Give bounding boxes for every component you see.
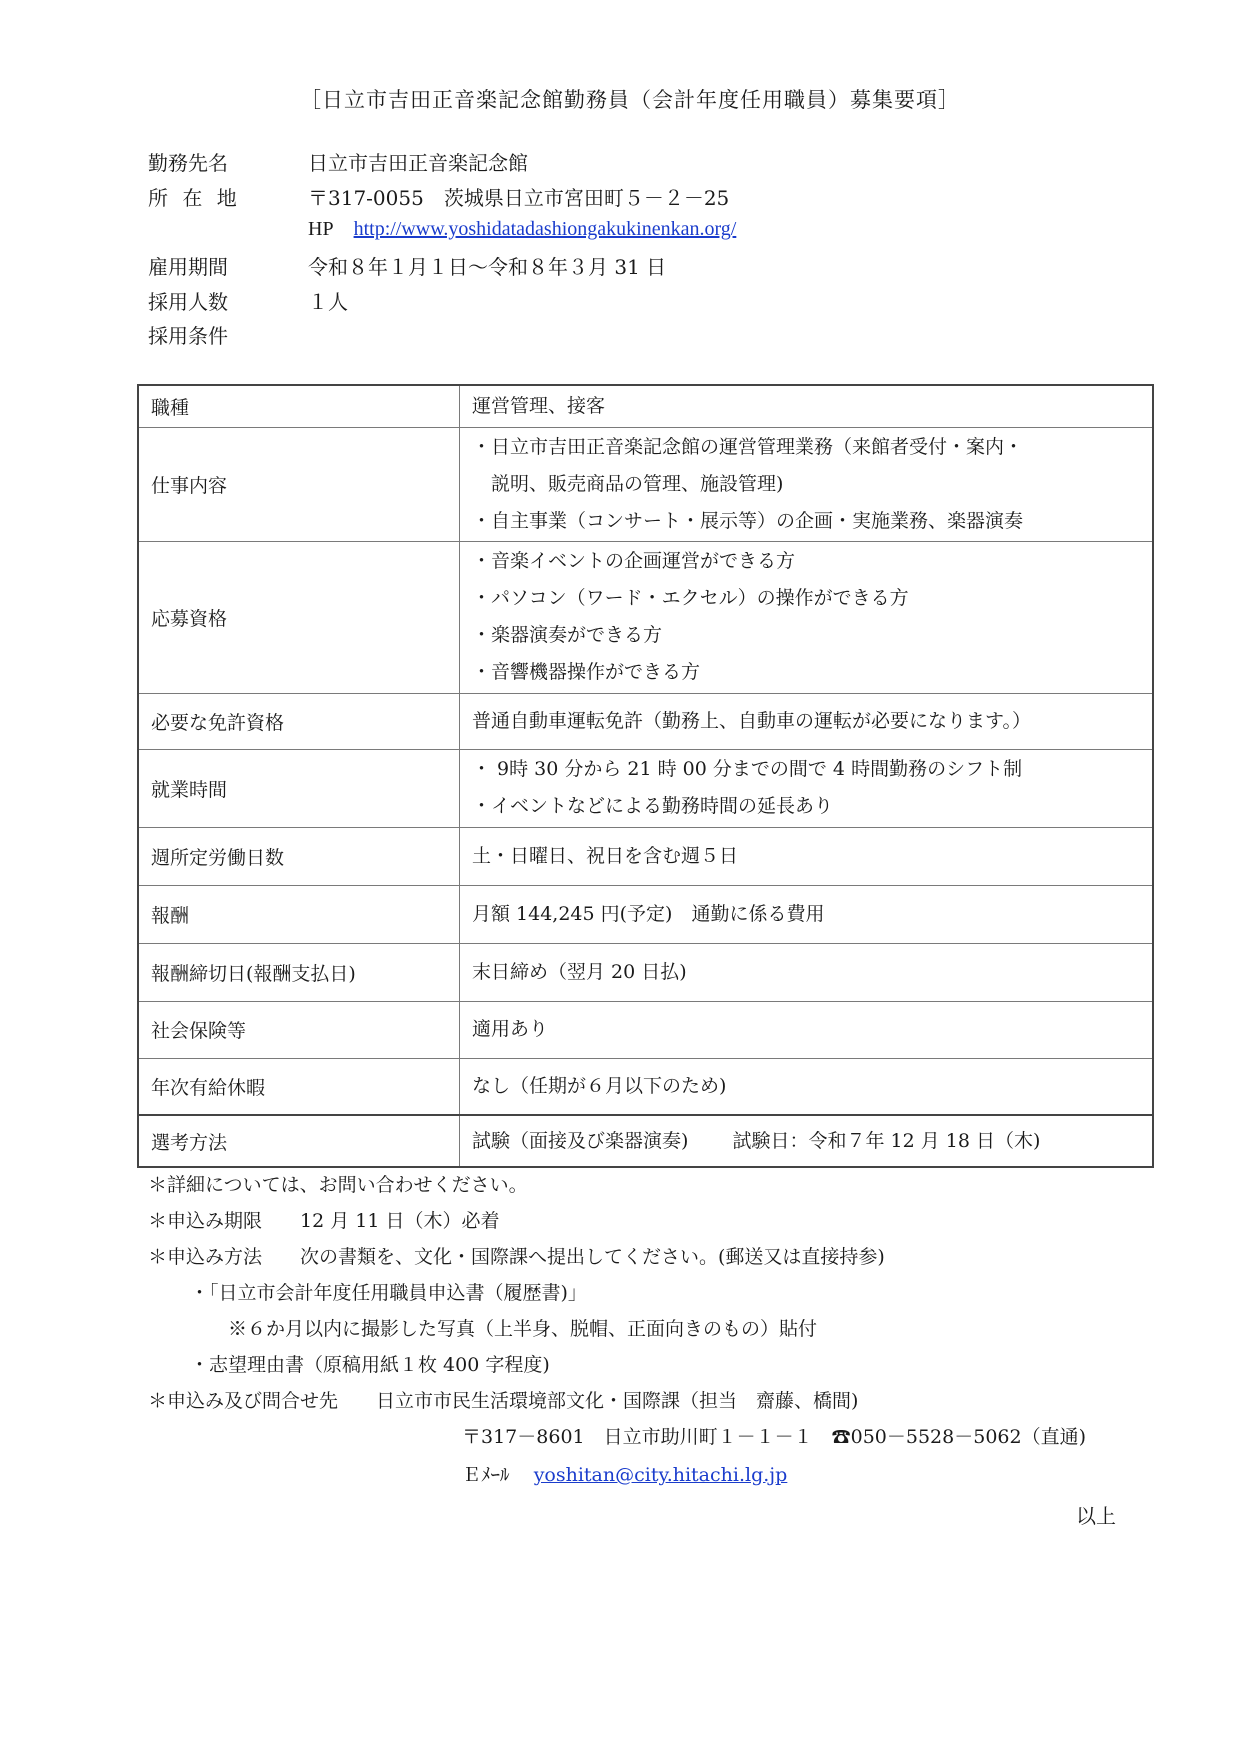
conditions-label: 採用条件 [148,320,228,349]
note-doc1-photo: ※６か月以内に撮影した写真（上半身、脱帽、正面向きのもの）貼付 [228,1314,817,1341]
table-row: 仕事内容 ・日立市吉田正音楽記念館の運営管理業務（来館者受付・案内・ 説明、販売… [138,427,1153,541]
row-value: なし（任期が６月以下のため) [460,1058,1154,1115]
row-value: 土・日曜日、祝日を含む週５日 [460,827,1154,885]
row-value: ・ 9時 30 分から 21 時 00 分までの間で 4 時間勤務のシフト制 ・… [460,749,1154,827]
table-row: 就業時間 ・ 9時 30 分から 21 時 00 分までの間で 4 時間勤務のシ… [138,749,1153,827]
period-label: 雇用期間 [148,251,228,280]
email-label: Ｅﾒｰﾙ [462,1464,510,1486]
row-value: 月額 144,245 円(予定) 通勤に係る費用 [460,885,1154,943]
table-row: 職種 運営管理、接客 [138,385,1153,427]
document-title: ［日立市吉田正音楽記念館勤務員（会計年度任用職員）募集要項］ [300,84,960,114]
row-value: ・音楽イベントの企画運営ができる方 ・パソコン（ワード・エクセル）の操作ができる… [460,541,1154,693]
table-row: 報酬締切日(報酬支払日) 末日締め（翌月 20 日払) [138,943,1153,1001]
note-deadline: ＊申込み期限 12 月 11 日（木）必着 [148,1206,499,1233]
row-value: ・日立市吉田正音楽記念館の運営管理業務（来館者受付・案内・ 説明、販売商品の管理… [460,427,1154,541]
row-label: 就業時間 [138,749,460,827]
row-label: 職種 [138,385,460,427]
note-doc2: ・志望理由書（原稿用紙１枚 400 字程度) [190,1350,550,1377]
row-label: 必要な免許資格 [138,693,460,749]
note-details: ＊詳細については、お問い合わせください。 [148,1170,528,1197]
table-row: 社会保険等 適用あり [138,1001,1153,1058]
row-label: 選考方法 [138,1115,460,1167]
row-label: 応募資格 [138,541,460,693]
headcount-value: １人 [308,286,348,315]
closing-mark: 以上 [1076,1500,1116,1529]
row-value: 適用あり [460,1001,1154,1058]
note-method: ＊申込み方法 次の書類を、文化・国際課へ提出してください。(郵送又は直接持参) [148,1242,885,1269]
row-label: 社会保険等 [138,1001,460,1058]
table-row: 報酬 月額 144,245 円(予定) 通勤に係る費用 [138,885,1153,943]
row-label: 報酬 [138,885,460,943]
headcount-label: 採用人数 [148,286,228,315]
table-row: 応募資格 ・音楽イベントの企画運営ができる方 ・パソコン（ワード・エクセル）の操… [138,541,1153,693]
note-contact-heading: ＊申込み及び問合せ先 日立市市民生活環境部文化・国際課（担当 齋藤、橋間) [148,1386,858,1413]
contact-address-phone: 〒317－8601 日立市助川町１－１－１ ☎050－5528－5062（直通) [462,1422,1086,1449]
workplace-label: 勤務先名 [148,147,228,176]
homepage-link[interactable]: http://www.yoshidatadashiongakukinenkan.… [354,218,737,240]
row-label: 仕事内容 [138,427,460,541]
table-row: 必要な免許資格 普通自動車運転免許（勤務上、自動車の運転が必要になります。） [138,693,1153,749]
table-row: 選考方法 試験（面接及び楽器演奏) 試験日：令和７年 12 月 18 日（木) [138,1115,1153,1167]
row-label: 年次有給休暇 [138,1058,460,1115]
row-label: 報酬締切日(報酬支払日) [138,943,460,1001]
row-value: 運営管理、接客 [460,385,1154,427]
address-value: 〒317-0055 茨城県日立市宮田町５－２－25 [308,182,729,211]
address-label: 所 在 地 [148,182,241,211]
period-value: 令和８年１月１日～令和８年３月 31 日 [308,251,666,280]
homepage-label: HP [308,218,334,240]
table-row: 週所定労働日数 土・日曜日、祝日を含む週５日 [138,827,1153,885]
note-doc1: ・「日立市会計年度任用職員申込書（履歴書)」 [190,1278,587,1305]
row-value: 試験（面接及び楽器演奏) 試験日：令和７年 12 月 18 日（木) [460,1115,1154,1167]
row-value: 末日締め（翌月 20 日払) [460,943,1154,1001]
workplace-value: 日立市吉田正音楽記念館 [308,147,528,176]
conditions-table: 職種 運営管理、接客 仕事内容 ・日立市吉田正音楽記念館の運営管理業務（来館者受… [137,384,1154,1168]
email-link[interactable]: yoshitan@city.hitachi.lg.jp [534,1464,788,1486]
row-value: 普通自動車運転免許（勤務上、自動車の運転が必要になります。） [460,693,1154,749]
row-label: 週所定労働日数 [138,827,460,885]
table-row: 年次有給休暇 なし（任期が６月以下のため) [138,1058,1153,1115]
